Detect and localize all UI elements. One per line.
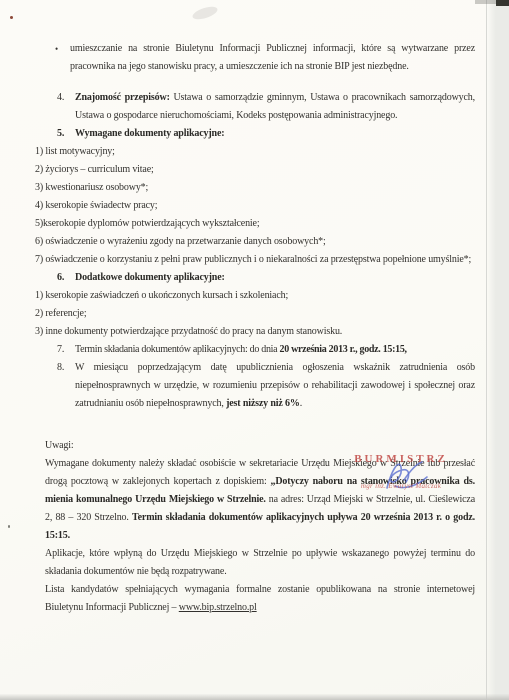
required-doc-item: 2) życiorys – curriculum vitae;: [35, 161, 475, 179]
item-number: 6.: [57, 269, 75, 287]
required-doc-item: 4) kserokopie świadectw pracy;: [35, 197, 475, 215]
notes-paragraph-late-applications: Aplikacje, które wpłyną do Urzędu Miejsk…: [45, 545, 475, 581]
scanned-document-page: • umieszczanie na stronie Biuletynu Info…: [0, 0, 509, 700]
additional-doc-item: 3) inne dokumenty potwierdzające przydat…: [35, 323, 475, 341]
list-item-4-znajomosc-przepisow: 4. Znajomość przepisów: Ustawa o samorzą…: [57, 89, 475, 125]
required-doc-item: 6) oświadczenie o wyrażeniu zgody na prz…: [35, 233, 475, 251]
stamp-signatory-name: mgr inż. Ewaryst Matczak: [345, 477, 457, 495]
required-doc-item: 3) kwestionariusz osobowy*;: [35, 179, 475, 197]
bullet-marker: •: [55, 40, 70, 76]
item-number: 4.: [57, 89, 75, 125]
item8-bold: jest niższy niż 6%: [226, 398, 300, 409]
section-heading: Dodatkowe dokumenty aplikacyjne:: [75, 269, 475, 287]
item-text: Termin składania dokumentów aplikacyjnyc…: [75, 341, 475, 359]
item-number: 8.: [57, 359, 75, 413]
scan-corner-shadow: [475, 0, 497, 4]
list-item-5-wymagane-dokumenty: 5. Wymagane dokumenty aplikacyjne:: [57, 125, 475, 143]
list-item-7-termin-skladania: 7. Termin składania dokumentów aplikacyj…: [57, 341, 475, 359]
section-heading: Wymagane dokumenty aplikacyjne:: [75, 125, 475, 143]
notes-paragraph-candidate-list: Lista kandydatów spełniających wymagania…: [45, 581, 475, 617]
item-number: 7.: [57, 341, 75, 359]
scan-edge-bottom: [0, 694, 509, 700]
additional-doc-item: 1) kserokopie zaświadczeń o ukończonych …: [35, 287, 475, 305]
mayor-stamp: BURMISTRZ mgr inż. Ewaryst Matczak: [345, 450, 457, 495]
required-doc-item: 5)kserokopie dyplomów potwierdzających w…: [35, 215, 475, 233]
scan-speck: [8, 525, 10, 528]
notes-p3-text: Lista kandydatów spełniających wymagania…: [45, 584, 475, 613]
bullet-item-bip: • umieszczanie na stronie Biuletynu Info…: [55, 40, 475, 76]
bullet-text: umieszczanie na stronie Biuletynu Inform…: [70, 40, 475, 76]
scan-smudge: [191, 4, 219, 22]
scan-speck: [10, 16, 13, 19]
item-number: 5.: [57, 125, 75, 143]
item-text: W miesiącu poprzedzającym datę upubliczn…: [75, 359, 475, 413]
list-item-8-wskaznik-zatrudnienia: 8. W miesiącu poprzedzającym datę upubli…: [57, 359, 475, 413]
required-doc-item: 1) list motywacyjny;: [35, 143, 475, 161]
document-content: • umieszczanie na stronie Biuletynu Info…: [35, 40, 475, 617]
item-text: Znajomość przepisów: Ustawa o samorządzi…: [75, 89, 475, 125]
additional-doc-item: 2) referencje;: [35, 305, 475, 323]
bip-url-link: www.bip.strzelno.pl: [179, 602, 257, 613]
item8-period: .: [300, 398, 302, 409]
required-doc-item: 7) oświadczenie o korzystaniu z pełni pr…: [35, 251, 475, 269]
scan-edge-right: [486, 0, 509, 700]
item4-heading: Znajomość przepisów:: [75, 92, 170, 103]
list-item-6-dodatkowe-dokumenty: 6. Dodatkowe dokumenty aplikacyjne:: [57, 269, 475, 287]
scan-corner-mark: [496, 0, 509, 6]
deadline-date: 20 września 2013 r., godz. 15:15,: [280, 344, 407, 355]
item7-body: Termin składania dokumentów aplikacyjnyc…: [75, 344, 280, 355]
